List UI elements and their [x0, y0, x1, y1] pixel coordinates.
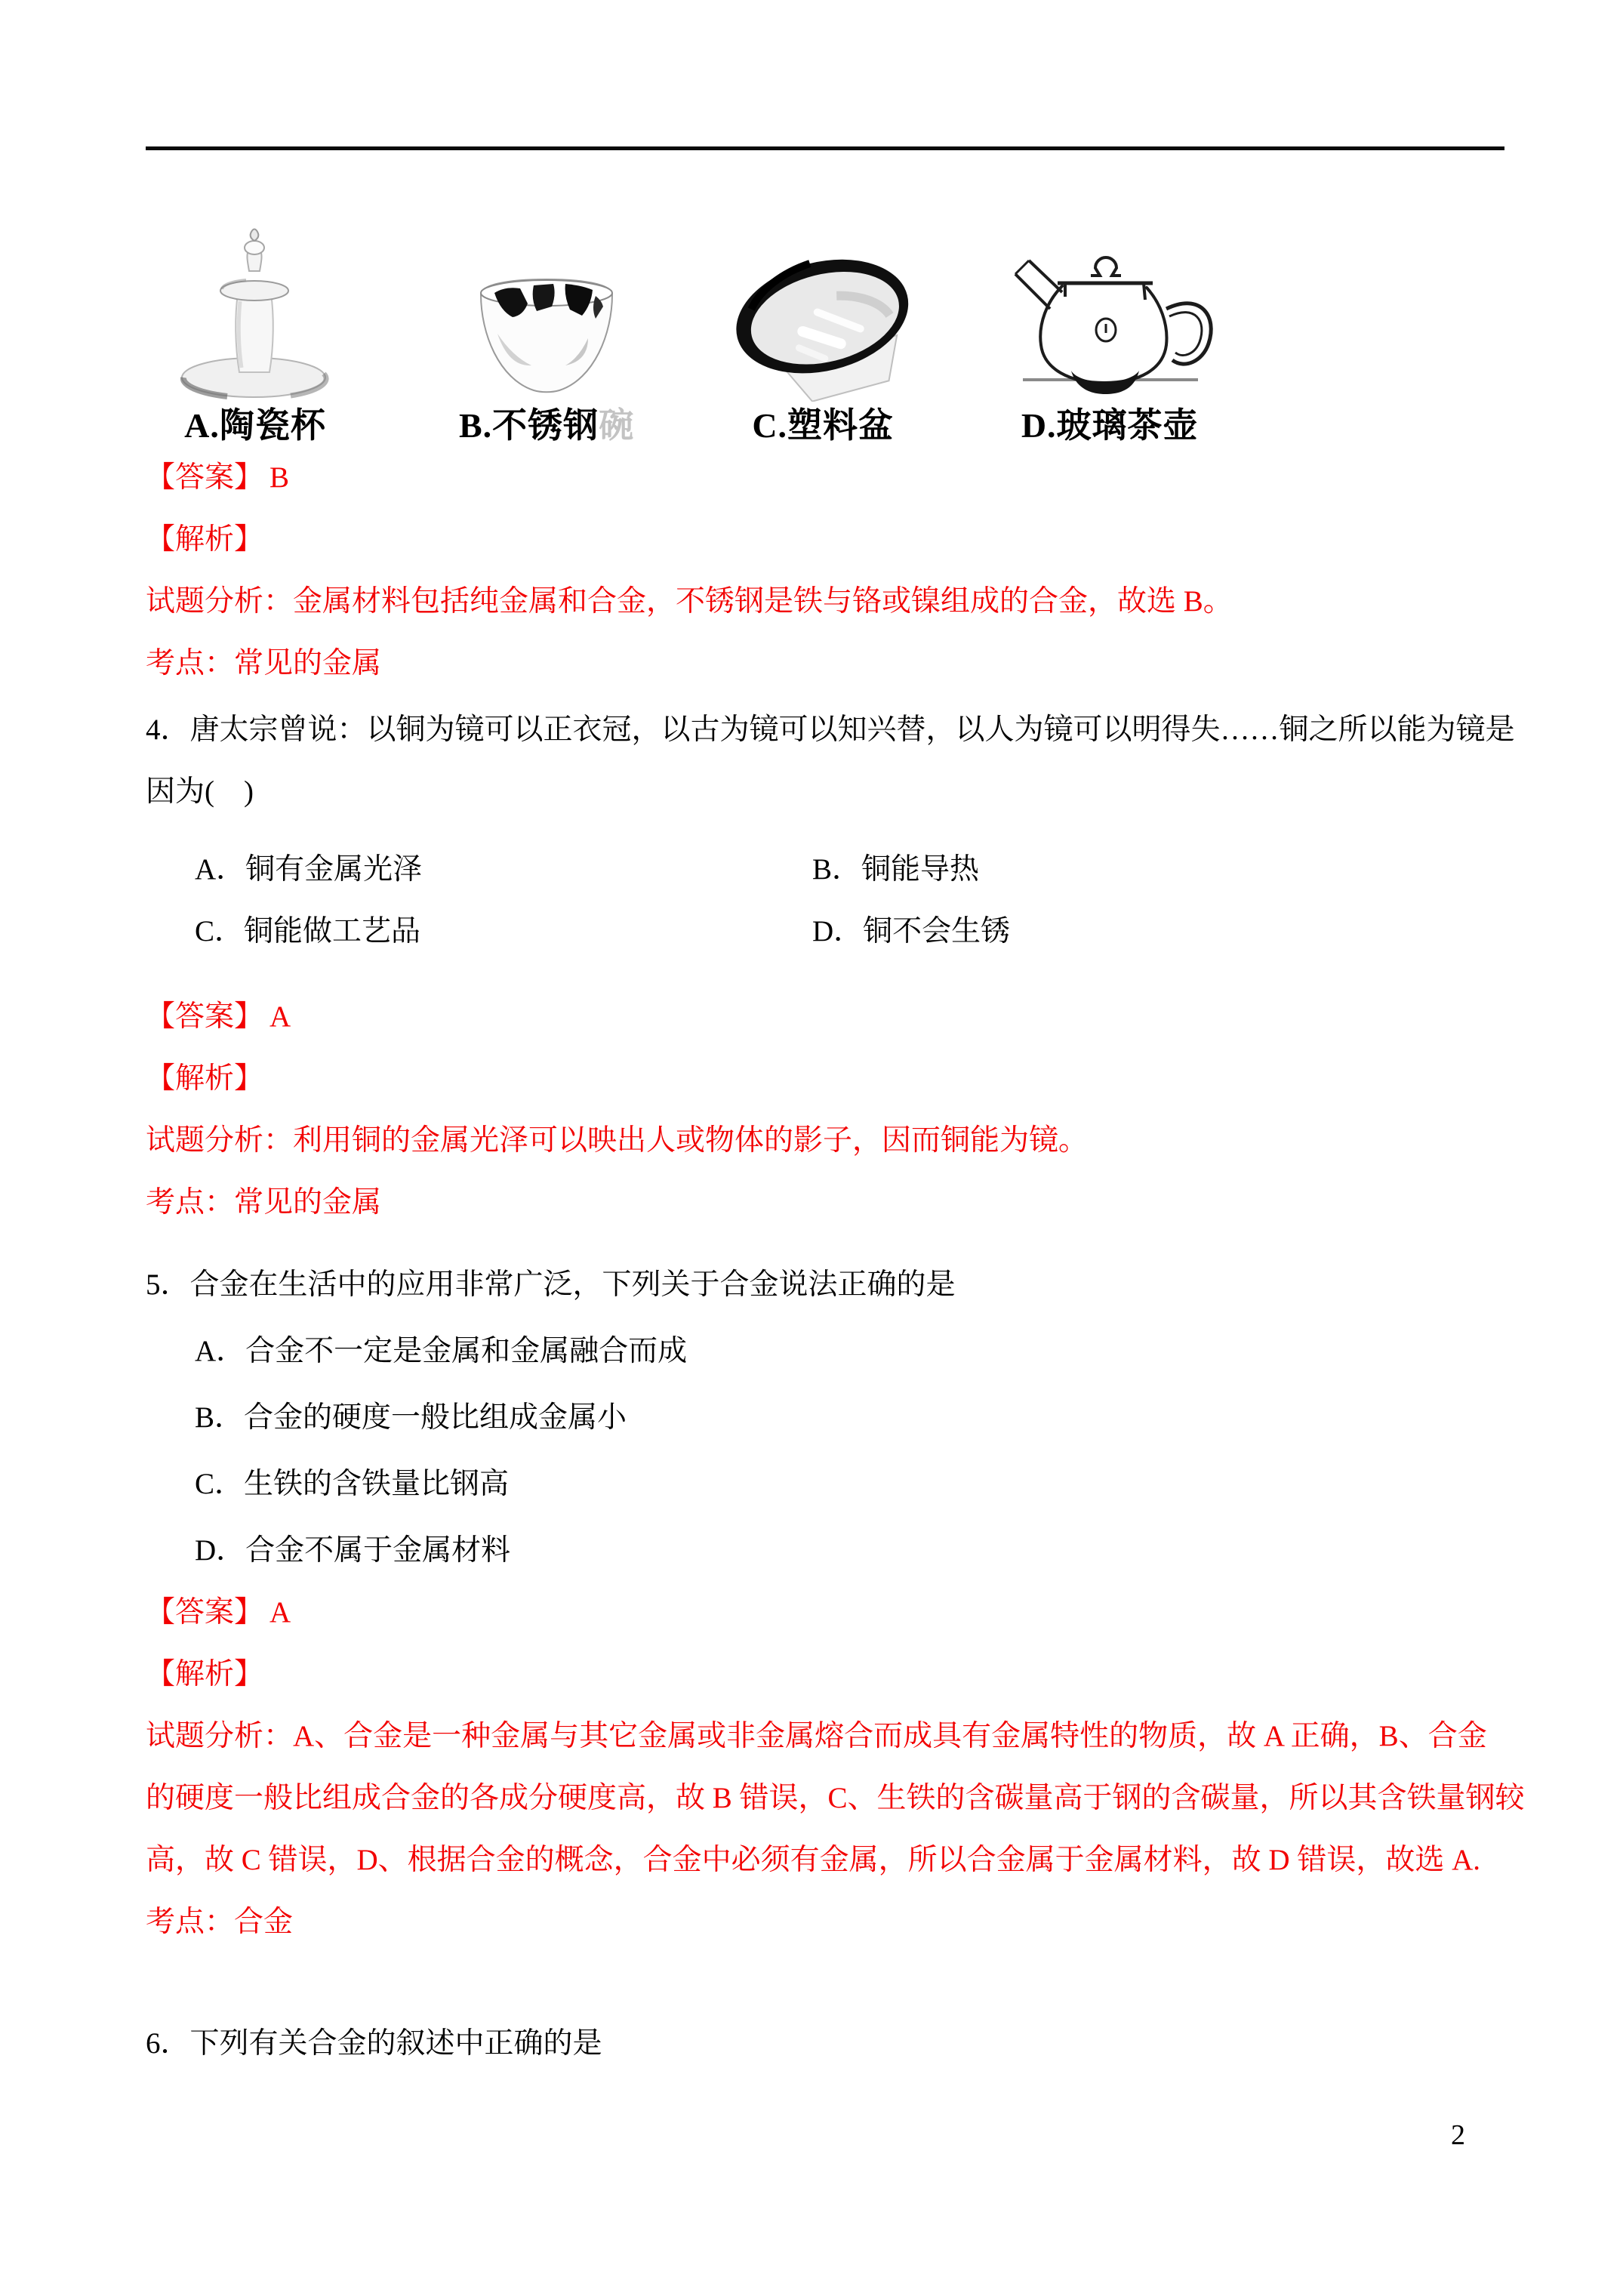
q6-stem: 6．下列有关合金的叙述中正确的是	[146, 2013, 1504, 2075]
q4-option-d: D．铜不会生锈	[812, 901, 1504, 963]
q3-option-c-label-text: C.塑料盆	[752, 406, 894, 445]
q5-stem: 5．合金在生活中的应用非常广泛，下列关于合金说法正确的是	[146, 1254, 1504, 1316]
steel-bowl-image	[475, 273, 618, 402]
q4-option-a: A．铜有金属光泽	[195, 839, 812, 901]
page-number: 2	[1451, 2119, 1465, 2152]
q3-option-b-label-text: B.不锈钢	[459, 406, 599, 445]
q3-analysis-text: 试题分析：金属材料包括纯金属和合金，不锈钢是铁与铬或镍组成的合金，故选 B。	[146, 571, 1504, 633]
q4-analysis-label: 【解析】	[146, 1048, 1504, 1110]
q3-option-d-label-text: D.玻璃茶壶	[1021, 406, 1199, 445]
q4-stem-line2: 因为( )	[146, 761, 1504, 823]
q5-option-d: D．合金不属于金属材料	[146, 1520, 1504, 1582]
q3-option-images: A.陶瓷杯 B.不锈钢碗	[176, 224, 1504, 447]
q4-answer-line: 【答案】A	[146, 986, 1504, 1048]
plastic-basin-image	[728, 247, 917, 402]
q5-analysis-line1: 试题分析：A、合金是一种金属与其它金属或非金属熔合而成具有金属特性的物质，故 A…	[146, 1706, 1504, 1767]
q4-option-c: C．铜能做工艺品	[195, 901, 812, 963]
q3-option-a-figure: A.陶瓷杯	[176, 224, 334, 447]
q3-analysis-label: 【解析】	[146, 509, 1504, 571]
q4-exam-point: 考点：常见的金属	[146, 1172, 1504, 1234]
q5-answer-label: 【答案】	[146, 1596, 263, 1629]
q4-stem-line1: 4．唐太宗曾说：以铜为镜可以正衣冠，以古为镜可以知兴替，以人为镜可以明得失……铜…	[146, 699, 1504, 761]
q3-option-b-figure: B.不锈钢碗	[459, 273, 634, 447]
q3-option-d-label: D.玻璃茶壶	[1021, 405, 1199, 447]
q5-option-a: A．合金不一定是金属和金属融合而成	[146, 1321, 1504, 1382]
q5-answer-value: A	[269, 1596, 291, 1629]
q3-answer-line: 【答案】B	[146, 447, 1504, 509]
q4-options: A．铜有金属光泽 B．铜能导热 C．铜能做工艺品 D．铜不会生锈	[146, 839, 1504, 963]
q3-answer-value: B	[269, 461, 289, 494]
page-content: A.陶瓷杯 B.不锈钢碗	[146, 0, 1504, 2075]
glass-teapot-image	[993, 239, 1227, 402]
q3-option-b-label-faded: 碗	[599, 406, 634, 445]
ceramic-cup-image	[176, 224, 334, 402]
q3-option-d-figure: D.玻璃茶壶	[993, 239, 1227, 447]
q4-analysis-text: 试题分析：利用铜的金属光泽可以映出人或物体的影子，因而铜能为镜。	[146, 1110, 1504, 1172]
q5-analysis-line3: 高，故 C 错误，D、根据合金的概念，合金中必须有金属，所以合金属于金属材料，故…	[146, 1829, 1504, 1891]
q3-exam-point: 考点：常见的金属	[146, 633, 1504, 695]
q4-answer-value: A	[269, 1000, 291, 1033]
q3-option-b-label: B.不锈钢碗	[459, 405, 634, 447]
q5-analysis-label: 【解析】	[146, 1644, 1504, 1706]
q3-option-a-label-text: A.陶瓷杯	[184, 406, 326, 445]
document-page: A.陶瓷杯 B.不锈钢碗	[0, 0, 1623, 2296]
q3-answer-label: 【答案】	[146, 461, 263, 494]
q4-answer-label: 【答案】	[146, 1000, 263, 1033]
q3-option-a-label: A.陶瓷杯	[184, 405, 326, 447]
q3-option-c-figure: C.塑料盆	[728, 247, 917, 447]
q5-answer-line: 【答案】A	[146, 1582, 1504, 1644]
header-rule	[146, 146, 1504, 150]
q5-exam-point: 考点：合金	[146, 1891, 1504, 1953]
q4-option-b: B．铜能导热	[812, 839, 1504, 901]
q5-option-b: B．合金的硬度一般比组成金属小	[146, 1387, 1504, 1449]
q3-option-c-label: C.塑料盆	[752, 405, 894, 447]
q5-option-c: C．生铁的含铁量比钢高	[146, 1453, 1504, 1515]
q5-analysis-line2: 的硬度一般比组成合金的各成分硬度高，故 B 错误，C、生铁的含碳量高于钢的含碳量…	[146, 1767, 1504, 1829]
